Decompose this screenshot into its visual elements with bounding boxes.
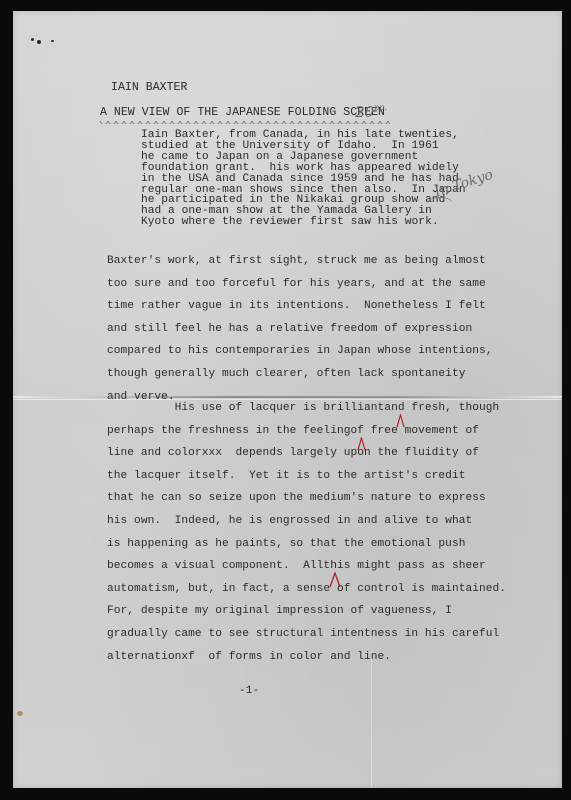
vertical-crease	[371, 651, 372, 788]
text-line: though generally much clearer, often lac…	[107, 363, 493, 386]
text-line: line and colorxxx depends largely upon t…	[107, 442, 506, 465]
text-line: His use of lacquer is brilliantand fresh…	[107, 397, 506, 420]
paper-stain	[17, 711, 23, 716]
text-line: Baxter's work, at first sight, struck me…	[107, 250, 493, 273]
title-wavy-underline	[100, 121, 390, 124]
text-line: perhaps the freshness in the feelingof f…	[107, 420, 506, 443]
text-line: For, despite my original impression of v…	[107, 600, 506, 623]
text-line: time rather vague in its intentions. Non…	[107, 295, 493, 318]
page-count-suffix: pp.	[374, 103, 387, 112]
text-line: that he can so seize upon the medium's n…	[107, 487, 506, 510]
page-count-value: 20	[355, 103, 374, 121]
text-line: automatism, but, in fact, a sense of con…	[107, 578, 506, 601]
page-number: -1-	[239, 685, 259, 697]
text-line: alternationxf of forms in color and line…	[107, 646, 506, 669]
text-line: too sure and too forceful for his years,…	[107, 273, 493, 296]
text-line: compared to his contemporaries in Japan …	[107, 340, 493, 363]
handwritten-page-count: 20pp.	[355, 103, 387, 121]
bio-line: in the USA and Canada since 1959 and he …	[141, 174, 466, 185]
text-line: the lacquer itself. Yet it is to the art…	[107, 465, 506, 488]
staple-marks-icon	[31, 36, 61, 46]
author-heading: IAIN BAXTER	[111, 81, 187, 94]
paragraph-1: Baxter's work, at first sight, struck me…	[107, 250, 493, 408]
text-line: gradually came to see structural intentn…	[107, 623, 506, 646]
artist-bio: Iain Baxter, from Canada, in his late tw…	[141, 130, 466, 228]
red-insertion-caret-icon	[396, 414, 405, 428]
bio-line: foundation grant. his work has appeared …	[141, 163, 466, 174]
text-line: is happening as he paints, so that the e…	[107, 533, 506, 556]
red-insertion-caret-icon	[357, 437, 366, 451]
text-line: becomes a visual component. Allthis migh…	[107, 555, 506, 578]
scan-background: IAIN BAXTER A NEW VIEW OF THE JAPANESE F…	[0, 0, 571, 800]
text-line: and still feel he has a relative freedom…	[107, 318, 493, 341]
article-title: A NEW VIEW OF THE JAPANESE FOLDING SCREE…	[100, 106, 385, 119]
text-line: his own. Indeed, he is engrossed in and …	[107, 510, 506, 533]
red-insertion-caret-icon	[329, 572, 338, 586]
paragraph-2: His use of lacquer is brilliantand fresh…	[107, 397, 506, 668]
bio-line: Kyoto where the reviewer first saw his w…	[141, 217, 466, 228]
